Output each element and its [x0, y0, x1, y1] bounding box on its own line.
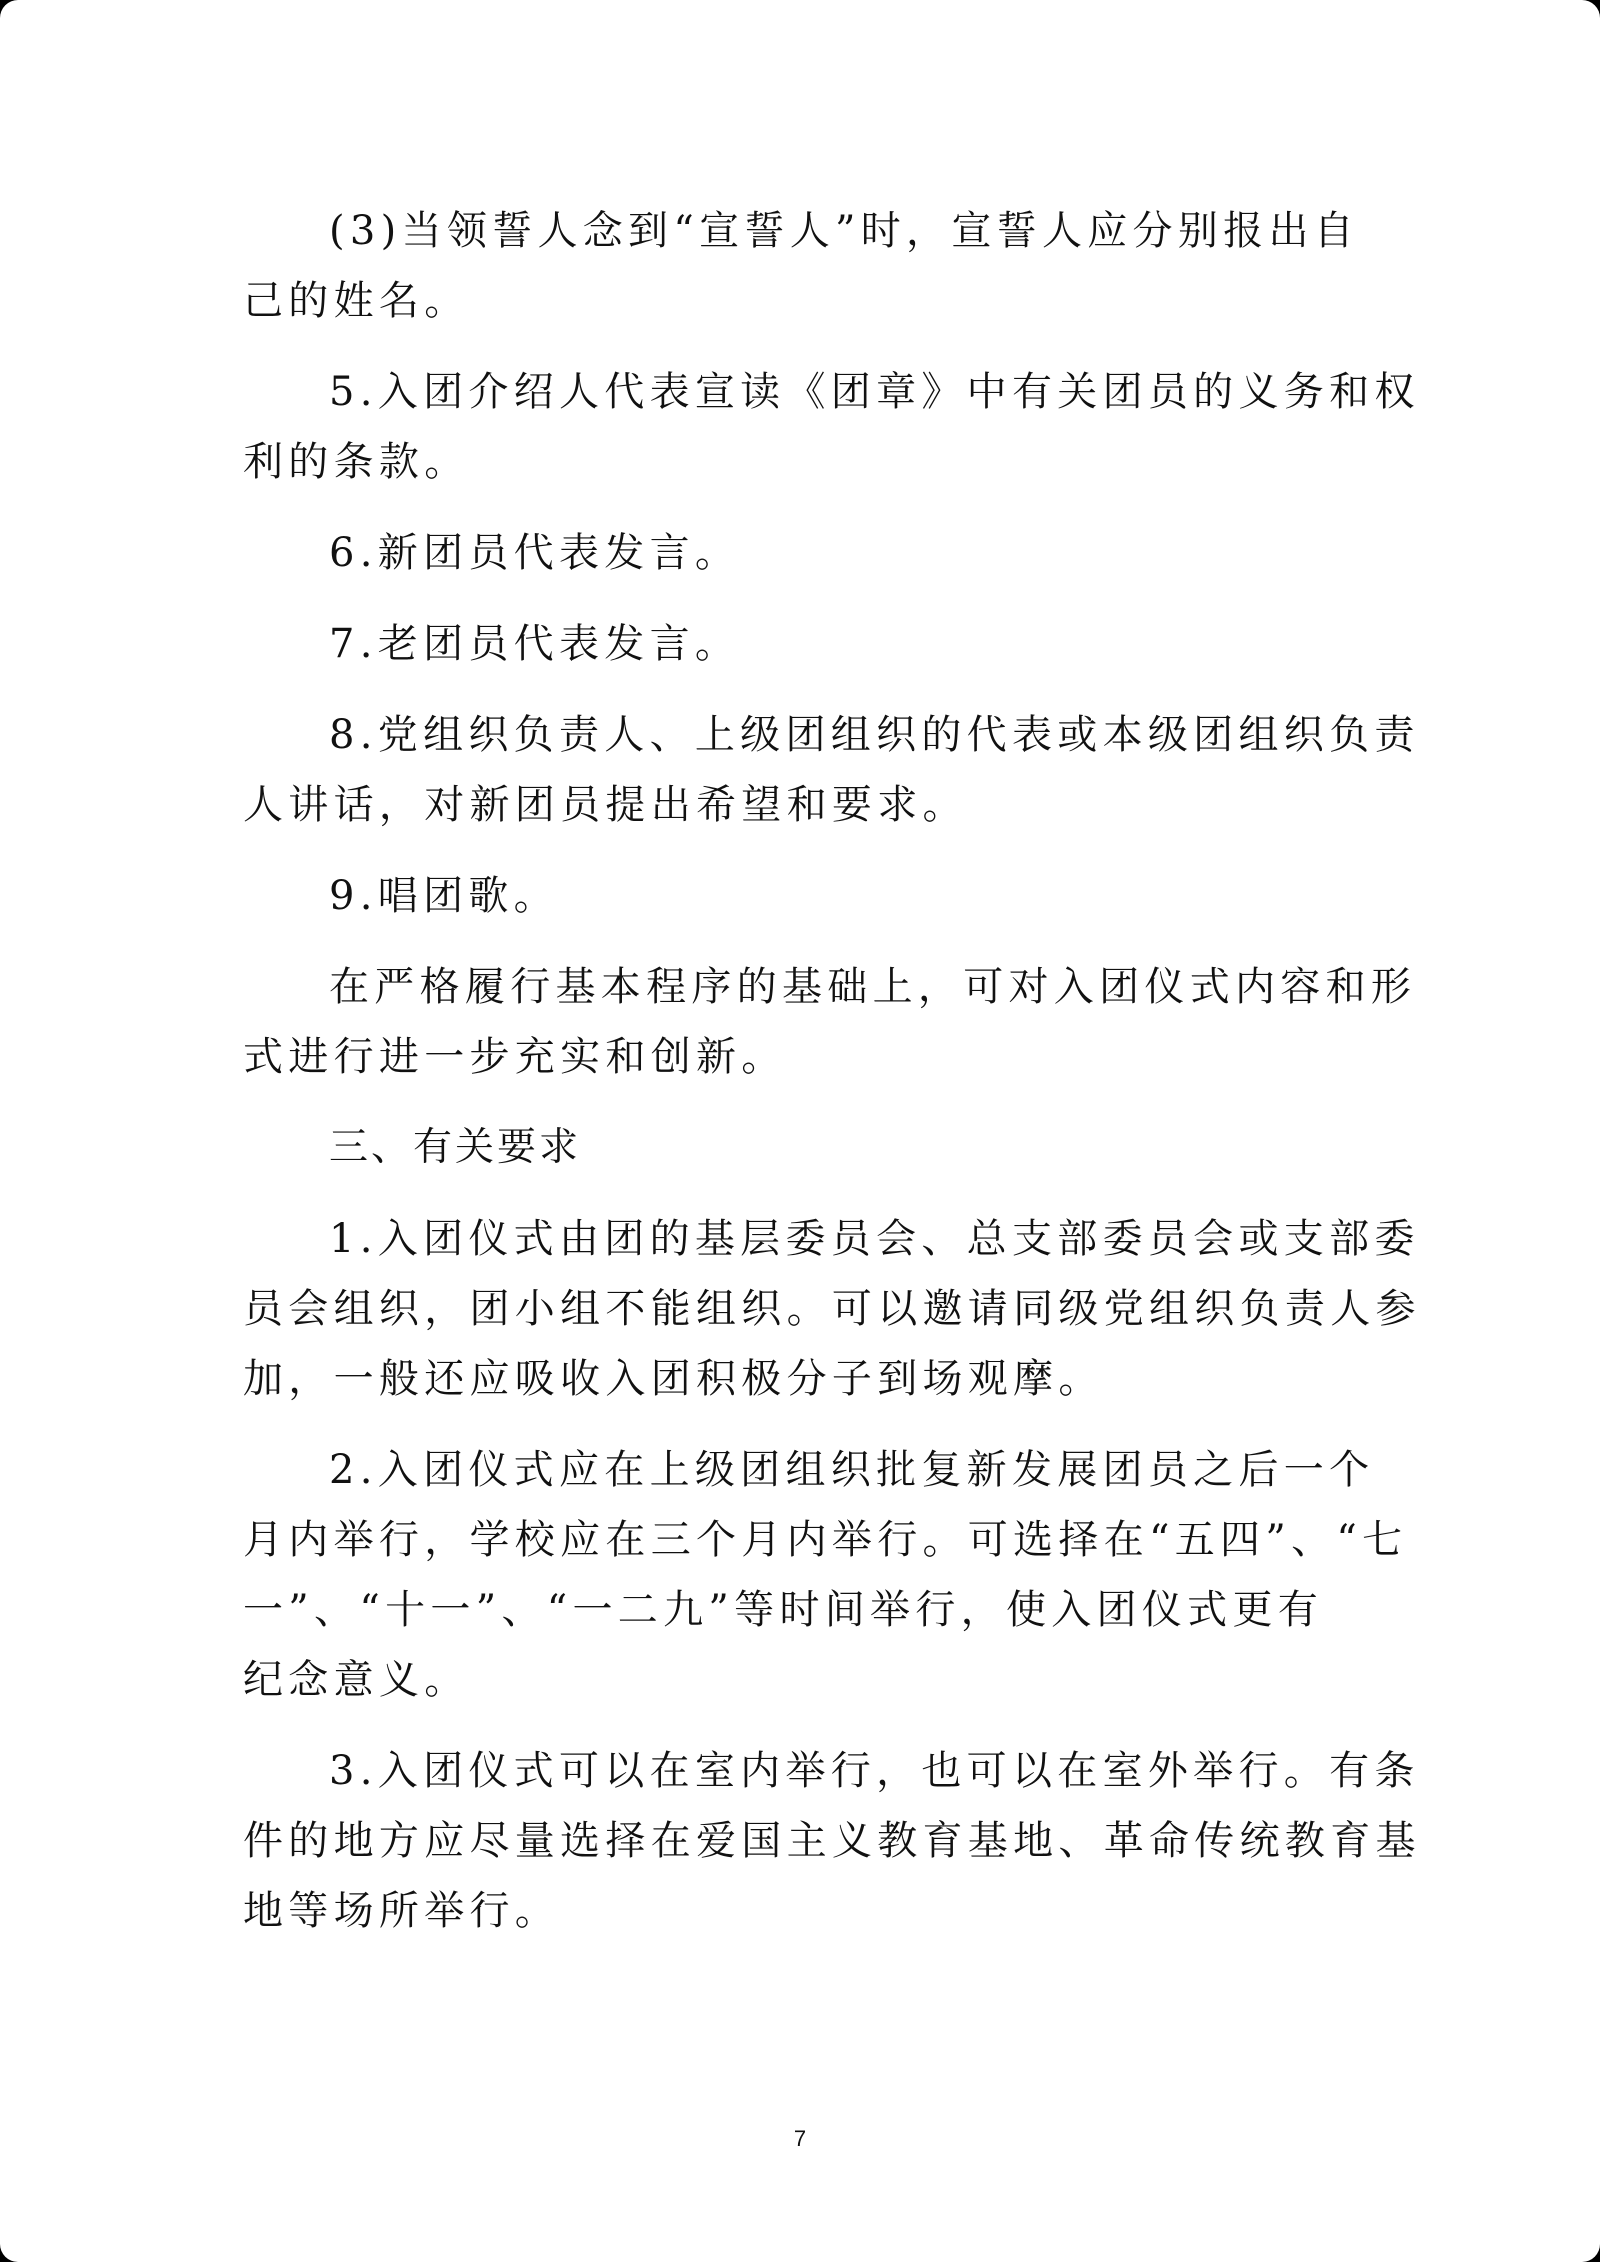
text-line: (3)当领誓人念到“宣誓人”时，宣誓人应分别报出自 — [243, 196, 1357, 266]
text-line: 3.入团仪式可以在室内举行，也可以在室外举行。有条 — [243, 1736, 1357, 1806]
paragraph-item-6: 6.新团员代表发言。 — [243, 518, 1357, 588]
text-line: 纪念意义。 — [243, 1645, 1357, 1715]
text-line: 件的地方应尽量选择在爱国主义教育基地、革命传统教育基 — [243, 1806, 1357, 1876]
paragraph-item-9: 9.唱团歌。 — [243, 861, 1357, 931]
text-line: 一”、“十一”、“一二九”等时间举行，使入团仪式更有 — [243, 1575, 1357, 1645]
text-line: 月内举行，学校应在三个月内举行。可选择在“五四”、“七 — [243, 1505, 1357, 1575]
text-line: 地等场所举行。 — [243, 1876, 1357, 1946]
page-content: (3)当领誓人念到“宣誓人”时，宣誓人应分别报出自 己的姓名。 5.入团介绍人代… — [243, 196, 1357, 1967]
text-line: 在严格履行基本程序的基础上，可对入团仪式内容和形 — [243, 952, 1357, 1022]
paragraph-closing-note: 在严格履行基本程序的基础上，可对入团仪式内容和形 式进行进一步充实和创新。 — [243, 952, 1357, 1092]
section-heading: 三、有关要求 — [243, 1113, 1357, 1183]
page-number: 7 — [0, 2126, 1600, 2152]
text-line: 9.唱团歌。 — [243, 861, 1357, 931]
text-line: 8.党组织负责人、上级团组织的代表或本级团组织负责 — [243, 700, 1357, 770]
text-line: 2.入团仪式应在上级团组织批复新发展团员之后一个 — [243, 1435, 1357, 1505]
document-page: (3)当领誓人念到“宣誓人”时，宣誓人应分别报出自 己的姓名。 5.入团介绍人代… — [0, 0, 1600, 2262]
paragraph-item-5: 5.入团介绍人代表宣读《团章》中有关团员的义务和权 利的条款。 — [243, 357, 1357, 497]
paragraph-item-8: 8.党组织负责人、上级团组织的代表或本级团组织负责 人讲话，对新团员提出希望和要… — [243, 700, 1357, 840]
text-line: 己的姓名。 — [243, 266, 1357, 336]
text-line: 员会组织，团小组不能组织。可以邀请同级党组织负责人参 — [243, 1274, 1357, 1344]
paragraph-requirement-2: 2.入团仪式应在上级团组织批复新发展团员之后一个 月内举行，学校应在三个月内举行… — [243, 1435, 1357, 1715]
paragraph-oath-name: (3)当领誓人念到“宣誓人”时，宣誓人应分别报出自 己的姓名。 — [243, 196, 1357, 336]
text-line: 利的条款。 — [243, 427, 1357, 497]
text-line: 式进行进一步充实和创新。 — [243, 1022, 1357, 1092]
text-line: 加，一般还应吸收入团积极分子到场观摩。 — [243, 1344, 1357, 1414]
text-line: 6.新团员代表发言。 — [243, 518, 1357, 588]
paragraph-item-7: 7.老团员代表发言。 — [243, 609, 1357, 679]
text-line: 1.入团仪式由团的基层委员会、总支部委员会或支部委 — [243, 1204, 1357, 1274]
text-line: 7.老团员代表发言。 — [243, 609, 1357, 679]
paragraph-requirement-1: 1.入团仪式由团的基层委员会、总支部委员会或支部委 员会组织，团小组不能组织。可… — [243, 1204, 1357, 1414]
text-line: 人讲话，对新团员提出希望和要求。 — [243, 770, 1357, 840]
paragraph-requirement-3: 3.入团仪式可以在室内举行，也可以在室外举行。有条 件的地方应尽量选择在爱国主义… — [243, 1736, 1357, 1946]
text-line: 5.入团介绍人代表宣读《团章》中有关团员的义务和权 — [243, 357, 1357, 427]
